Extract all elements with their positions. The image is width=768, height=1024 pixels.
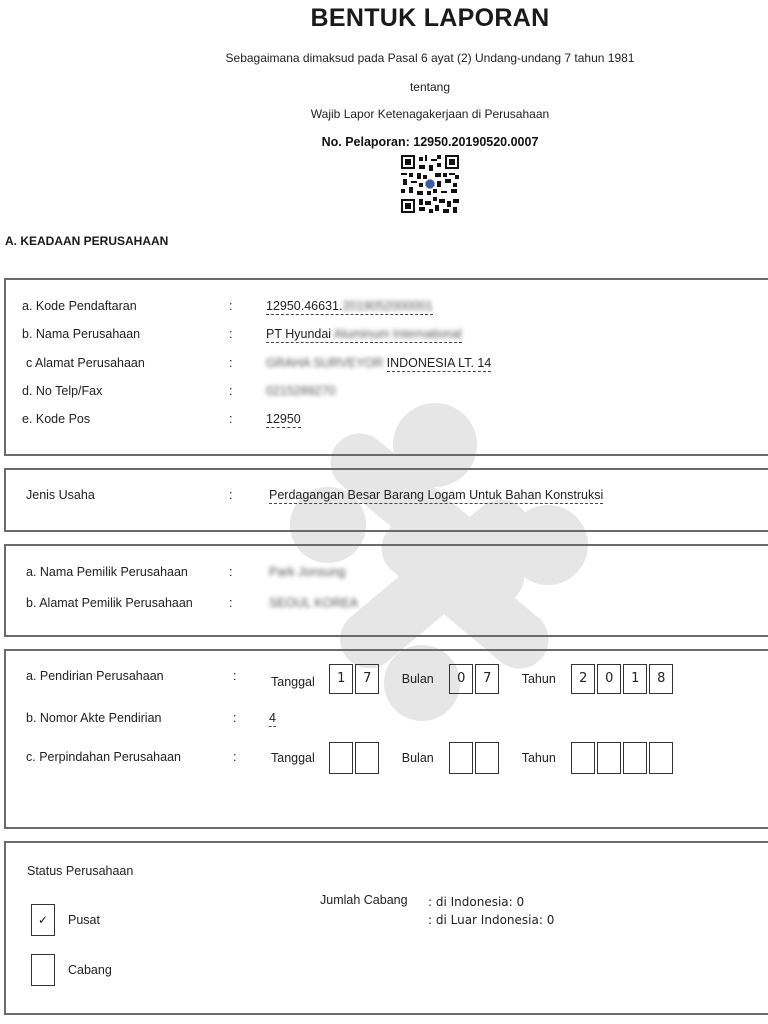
- field-value: 12950: [266, 412, 301, 428]
- value-redacted: GRAHA SURVEYOR: [266, 356, 387, 370]
- day-digit-box[interactable]: 1: [329, 664, 353, 694]
- field-value: 4: [269, 711, 276, 727]
- day-label: Tanggal: [271, 751, 315, 765]
- report-number: No. Pelaporan: 12950.20190520.0007: [0, 135, 768, 149]
- header-about: tentang: [0, 80, 768, 94]
- field-colon: :: [233, 711, 236, 725]
- status-checkbox-pusat[interactable]: ✓: [31, 904, 55, 936]
- value-visible: INDONESIA LT. 14: [387, 356, 492, 372]
- report-document: BENTUK LAPORAN Sebagaimana dimaksud pada…: [0, 0, 768, 1024]
- value-redacted: Park Jonsung: [269, 565, 345, 579]
- year-label: Tahun: [522, 672, 556, 686]
- field-colon: :: [229, 488, 232, 502]
- status-label: Status Perusahaan: [27, 864, 133, 878]
- relocation-date-inputs: Tanggal Bulan Tahun: [271, 742, 675, 774]
- year-digit-box[interactable]: 8: [649, 664, 673, 694]
- year-digit-box[interactable]: 2: [571, 664, 595, 694]
- field-colon: :: [229, 565, 232, 579]
- year-digit-box[interactable]: [597, 742, 621, 774]
- year-digit-box[interactable]: 0: [597, 664, 621, 694]
- field-value: Perdagangan Besar Barang Logam Untuk Bah…: [269, 488, 603, 504]
- owner-info-box: [4, 544, 768, 637]
- founding-date-inputs: Tanggal 17 Bulan 07 Tahun 2018: [271, 664, 675, 694]
- month-label: Bulan: [402, 751, 434, 765]
- year-digit-box[interactable]: 1: [623, 664, 647, 694]
- status-option-label: Pusat: [68, 913, 100, 927]
- field-colon: :: [233, 669, 236, 683]
- field-label: b. Nomor Akte Pendirian: [26, 711, 162, 725]
- status-option-label: Cabang: [68, 963, 112, 977]
- branch-count-domestic: : di Indonesia: 0: [428, 895, 524, 909]
- field-value: GRAHA SURVEYOR INDONESIA LT. 14: [266, 356, 491, 370]
- field-value: PT Hyundai Aluminum International: [266, 327, 462, 343]
- month-digit-box[interactable]: 0: [449, 664, 473, 694]
- header-legal-basis: Sebagaimana dimaksud pada Pasal 6 ayat (…: [0, 51, 768, 65]
- branch-count-foreign: : di Luar Indonesia: 0: [428, 913, 554, 927]
- year-digit-box[interactable]: [571, 742, 595, 774]
- value-redacted: 2019052000001: [342, 299, 432, 313]
- field-label: a. Pendirian Perusahaan: [26, 669, 164, 683]
- section-heading: A. KEADAAN PERUSAHAAN: [5, 234, 168, 248]
- month-digit-box[interactable]: 7: [475, 664, 499, 694]
- branch-count-label: Jumlah Cabang: [320, 893, 408, 907]
- field-label: e. Kode Pos: [22, 412, 90, 426]
- value-visible: PT Hyundai: [266, 327, 334, 341]
- field-label: b. Nama Perusahaan: [22, 327, 140, 341]
- page-title: BENTUK LAPORAN: [0, 4, 768, 33]
- value-visible: 12950.46631.: [266, 299, 342, 313]
- year-digit-box[interactable]: [649, 742, 673, 774]
- field-colon: :: [229, 596, 232, 610]
- header-subject: Wajib Lapor Ketenagakerjaan di Perusahaa…: [0, 107, 768, 121]
- field-label: c. Perpindahan Perusahaan: [26, 750, 181, 764]
- field-label: Jenis Usaha: [26, 488, 95, 502]
- field-colon: :: [229, 412, 232, 426]
- field-value: 12950.46631.2019052000001: [266, 299, 433, 315]
- day-digit-box[interactable]: [355, 742, 379, 774]
- field-colon: :: [229, 356, 232, 370]
- field-label: b. Alamat Pemilik Perusahaan: [26, 596, 193, 610]
- field-colon: :: [233, 750, 236, 764]
- field-label: a. Nama Pemilik Perusahaan: [26, 565, 188, 579]
- day-digit-box[interactable]: 7: [355, 664, 379, 694]
- field-label: d. No Telp/Fax: [22, 384, 102, 398]
- day-digit-box[interactable]: [329, 742, 353, 774]
- field-colon: :: [229, 299, 232, 313]
- month-digit-box[interactable]: [475, 742, 499, 774]
- field-label: a. Kode Pendaftaran: [22, 299, 137, 313]
- qr-code-icon: [401, 155, 459, 213]
- status-checkbox-cabang[interactable]: [31, 954, 55, 986]
- value-redacted: Aluminum International: [334, 327, 462, 341]
- value-redacted: 0215289270: [266, 384, 336, 398]
- field-colon: :: [229, 384, 232, 398]
- year-label: Tahun: [522, 751, 556, 765]
- field-label: c Alamat Perusahaan: [26, 356, 145, 370]
- field-colon: :: [229, 327, 232, 341]
- year-digit-box[interactable]: [623, 742, 647, 774]
- month-label: Bulan: [402, 672, 434, 686]
- day-label: Tanggal: [271, 675, 315, 689]
- value-redacted: SEOUL KOREA: [269, 596, 358, 610]
- month-digit-box[interactable]: [449, 742, 473, 774]
